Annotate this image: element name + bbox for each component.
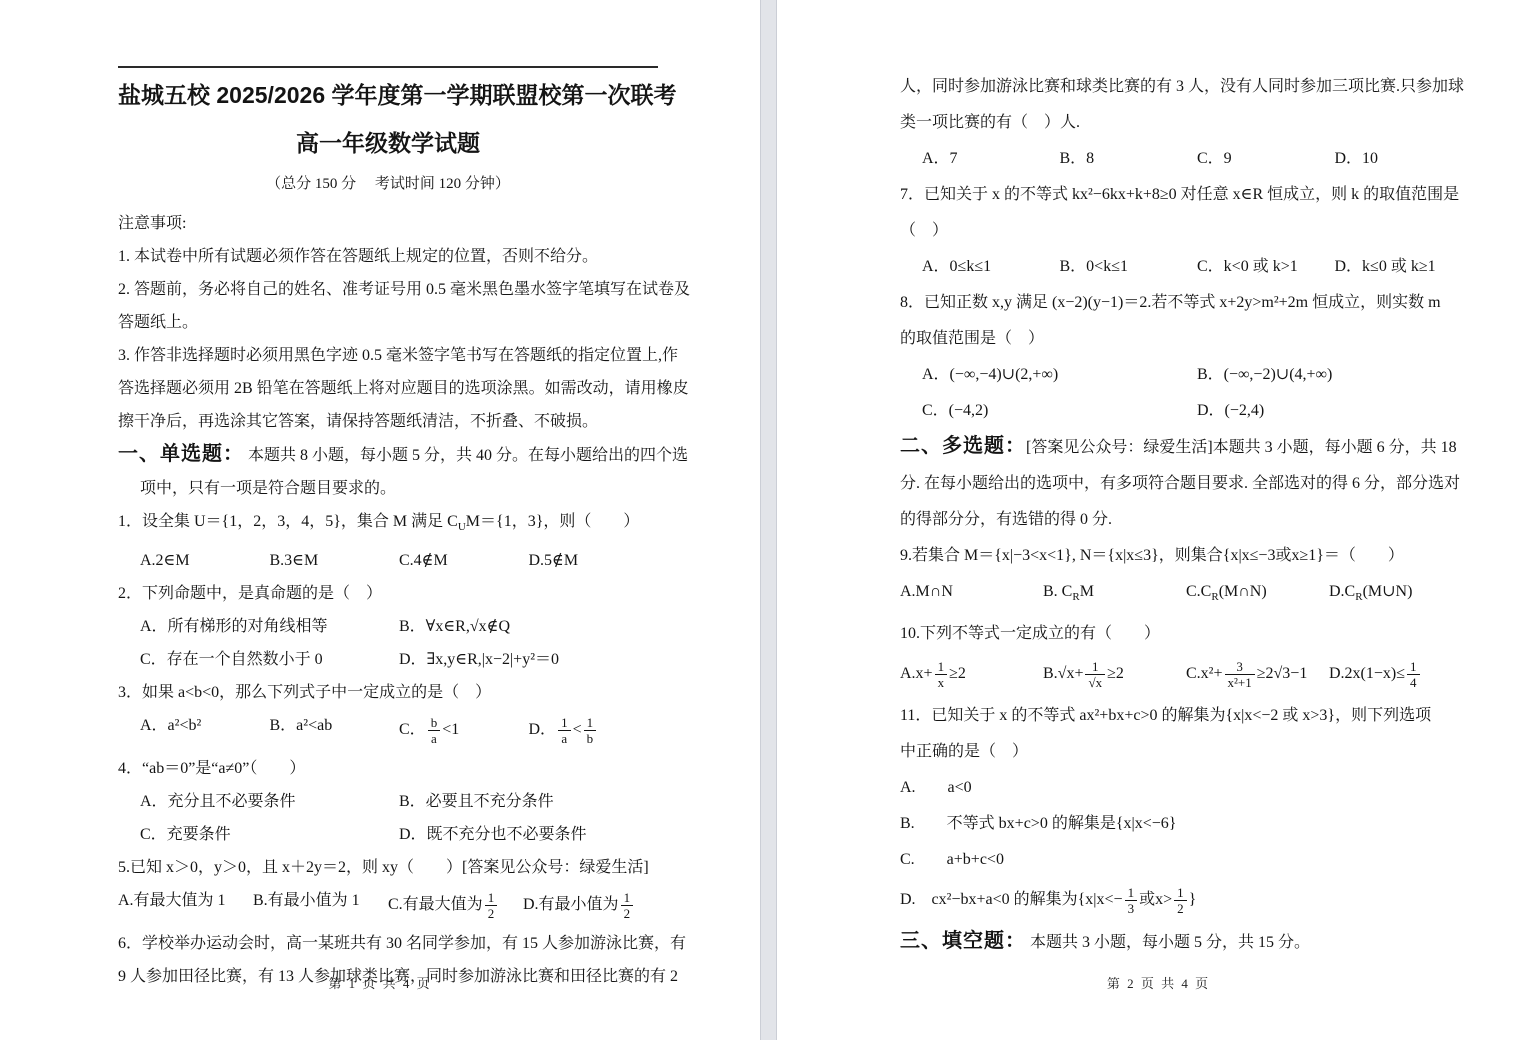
option: C.CR(M∩N) (1186, 581, 1329, 608)
option: B．(−∞,−2)∪(4,+∞) (1197, 364, 1472, 385)
text-line: 4．“ab＝0”是“a≠0”（ ） (118, 758, 658, 779)
text-line: 6．学校举办运动会时，高一某班共有 30 名同学参加，有 15 人参加游泳比赛，… (118, 933, 658, 954)
page2-body: 人，同时参加游泳比赛和球类比赛的有 3 人，没有人同时参加三项比赛.只参加球类一… (900, 76, 1472, 953)
option: D．∃x,y∈R,|x−2|+y²＝0 (399, 649, 658, 670)
fraction: 1x (935, 659, 948, 690)
text-line: 类一项比赛的有（ ）人. (900, 112, 1472, 133)
option: B. CRM (1043, 581, 1186, 608)
fraction: 12 (1174, 885, 1187, 916)
text-line: 3. 作答非选择题时必须用黑色字迹 0.5 毫米签字笔书写在答题纸的指定位置上,… (118, 345, 658, 366)
option-row: A.2∈MB.3∈MC.4∉MD.5∉M (118, 550, 658, 571)
option: C.4∉M (399, 550, 529, 571)
option-row: C．存在一个自然数小于 0D．∃x,y∈R,|x−2|+y²＝0 (118, 649, 658, 670)
text-line: 11．已知关于 x 的不等式 ax²+bx+c>0 的解集为{x|x<−2 或 … (900, 705, 1472, 726)
option-row: A．(−∞,−4)∪(2,+∞)B．(−∞,−2)∪(4,+∞) (900, 364, 1472, 385)
fraction: 12 (621, 890, 634, 921)
option: D.CR(M∪N) (1329, 581, 1472, 608)
option-row: A．充分且不必要条件B．必要且不充分条件 (118, 791, 658, 812)
option: B.√x+1√x≥2 (1043, 659, 1186, 690)
option-row: A．7B．8C．9D．10 (900, 148, 1472, 169)
text-line: 7．已知关于 x 的不等式 kx²−6kx+k+8≥0 对任意 x∈R 恒成立，… (900, 184, 1472, 205)
text-line: 分. 在每小题给出的选项中，有多项符合题目要求. 全部选对的得 6 分，部分选对 (900, 473, 1472, 494)
option: B.有最小值为 1 (253, 890, 388, 921)
option-row: A.x+1x≥2B.√x+1√x≥2C.x²+3x²+1≥2√3−1D.2x(1… (900, 659, 1472, 690)
option: D．10 (1335, 148, 1473, 169)
option: D.有最小值为12 (523, 890, 658, 921)
page-1: 盐城五校 2025/2026 学年度第一学期联盟校第一次联考 高一年级数学试题 … (0, 0, 760, 1040)
fraction: 13 (1125, 885, 1138, 916)
text-line: 三、填空题： 本题共 3 小题，每小题 5 分，共 15 分。 (900, 931, 1472, 953)
option-row: A.M∩NB. CRMC.CR(M∩N)D.CR(M∪N) (900, 581, 1472, 608)
option: C.x²+3x²+1≥2√3−1 (1186, 659, 1329, 690)
text-line: 答选择题必须用 2B 铅笔在答题纸上将对应题目的选项涂黑。如需改动，请用橡皮 (118, 378, 658, 399)
option-row: A．所有梯形的对角线相等B．∀x∈R,√x∉Q (118, 616, 658, 637)
option: C．充要条件 (140, 824, 399, 845)
text-line: B. 不等式 bx+c>0 的解集是{x|x<−6} (900, 813, 1472, 834)
option: D.5∉M (529, 550, 659, 571)
option: C．9 (1197, 148, 1335, 169)
section-heading: 一、单选题： (118, 443, 244, 465)
text-line: 10.下列不等式一定成立的有（ ） (900, 623, 1472, 644)
text-line: 中正确的是（ ） (900, 741, 1472, 762)
page1-content: 盐城五校 2025/2026 学年度第一学期联盟校第一次联考 高一年级数学试题 … (118, 0, 658, 999)
page-2: 人，同时参加游泳比赛和球类比赛的有 3 人，没有人同时参加三项比赛.只参加球类一… (777, 0, 1540, 1040)
option: C.有最大值为12 (388, 890, 523, 921)
text-line: 5.已知 x＞0，y＞0，且 x＋2y＝2，则 xy（ ）[答案见公众号：绿爱生… (118, 857, 658, 878)
exam-title: 盐城五校 2025/2026 学年度第一学期联盟校第一次联考 (118, 80, 658, 110)
option: D．既不充分也不必要条件 (399, 824, 658, 845)
option: B．a²<ab (270, 715, 400, 746)
option: B.3∈M (270, 550, 400, 571)
section-heading: 三、填空题： (900, 930, 1026, 952)
fraction: 12 (485, 890, 498, 921)
option: C．ba<1 (399, 715, 529, 746)
option: A．0≤k≤1 (922, 256, 1060, 277)
fraction: 1b (584, 715, 597, 746)
exam-info: （总分 150 分 考试时间 120 分钟） (118, 172, 658, 193)
option-row: A.有最大值为 1B.有最小值为 1C.有最大值为12D.有最小值为12 (118, 890, 658, 921)
text-line: A. a<0 (900, 777, 1472, 798)
text-line: 2．下列命题中，是真命题的是（ ） (118, 583, 658, 604)
fraction: 1a (558, 715, 571, 746)
text-line: C. a+b+c<0 (900, 849, 1472, 870)
option: D．k≤0 或 k≥1 (1335, 256, 1473, 277)
option: A．充分且不必要条件 (140, 791, 399, 812)
page2-footer: 第 2 页 共 4 页 (777, 973, 1540, 992)
option: A.M∩N (900, 581, 1043, 608)
text-line: 3．如果 a<b<0，那么下列式子中一定成立的是（ ） (118, 682, 658, 703)
page1-footer: 第 1 页 共 4 页 (0, 973, 760, 992)
text-line: 的取值范围是（ ） (900, 328, 1472, 349)
option: A.有最大值为 1 (118, 890, 253, 921)
text-line: D. cx²−bx+a<0 的解集为{x|x<−13或x>12} (900, 885, 1472, 916)
text-line: 擦干净后，再选涂其它答案，请保持答题纸清洁，不折叠、不破损。 (118, 411, 658, 432)
text-line: 二、多选题：[答案见公众号：绿爱生活]本题共 3 小题，每小题 6 分，共 18 (900, 436, 1472, 458)
text-line: 答题纸上。 (118, 312, 658, 333)
text-line: 的得部分分，有选错的得 0 分. (900, 509, 1472, 530)
section-heading: 二、多选题： (900, 435, 1026, 457)
fraction: 3x²+1 (1225, 659, 1255, 690)
option: D．1a<1b (529, 715, 659, 746)
option: A.x+1x≥2 (900, 659, 1043, 690)
option: D．(−2,4) (1197, 400, 1472, 421)
option: A．(−∞,−4)∪(2,+∞) (922, 364, 1197, 385)
option: A．a²<b² (140, 715, 270, 746)
text-line: 人，同时参加游泳比赛和球类比赛的有 3 人，没有人同时参加三项比赛.只参加球 (900, 76, 1472, 97)
exam-subtitle: 高一年级数学试题 (118, 128, 658, 158)
text-line: 一、单选题： 本题共 8 小题，每小题 5 分，共 40 分。在每小题给出的四个… (118, 444, 658, 466)
text-line: 1．设全集 U＝{1，2，3，4，5}，集合 M 满足 CUM＝{1，3}，则（… (118, 511, 658, 538)
fraction: 1√x (1085, 659, 1105, 690)
text-line: 项中，只有一项是符合题目要求的。 (118, 478, 658, 499)
text-line: 1. 本试卷中所有试题必须作答在答题纸上规定的位置，否则不给分。 (118, 246, 658, 267)
text-line: （ ） (900, 220, 1472, 241)
option: B．8 (1060, 148, 1198, 169)
option-row: C．(−4,2)D．(−2,4) (900, 400, 1472, 421)
page-divider (760, 0, 777, 1040)
option: D.2x(1−x)≤14 (1329, 659, 1472, 690)
text-line: 9.若集合 M＝{x|−3<x<1}, N＝{x|x≤3}，则集合{x|x≤−3… (900, 545, 1472, 566)
text-line: 8．已知正数 x,y 满足 (x−2)(y−1)＝2.若不等式 x+2y>m²+… (900, 292, 1472, 313)
option: C．存在一个自然数小于 0 (140, 649, 399, 670)
option: A．所有梯形的对角线相等 (140, 616, 399, 637)
page1-body: 注意事项:1. 本试卷中所有试题必须作答在答题纸上规定的位置，否则不给分。2. … (118, 213, 658, 987)
option-row: C．充要条件D．既不充分也不必要条件 (118, 824, 658, 845)
title-top-rule (118, 66, 658, 68)
fraction: ba (428, 715, 441, 746)
document-canvas: { "page1": { "title": "盐城五校 2025/2026 学年… (0, 0, 1540, 1040)
option: C．k<0 或 k>1 (1197, 256, 1335, 277)
fraction: 14 (1407, 659, 1420, 690)
option: C．(−4,2) (922, 400, 1197, 421)
text-line: 2. 答题前，务必将自己的姓名、准考证号用 0.5 毫米黑色墨水签字笔填写在试卷… (118, 279, 658, 300)
option: A．7 (922, 148, 1060, 169)
option-row: A．0≤k≤1B．0<k≤1C．k<0 或 k>1D．k≤0 或 k≥1 (900, 256, 1472, 277)
option: B．0<k≤1 (1060, 256, 1198, 277)
option: A.2∈M (140, 550, 270, 571)
text-line: 注意事项: (118, 213, 658, 234)
page2-content: 人，同时参加游泳比赛和球类比赛的有 3 人，没有人同时参加三项比赛.只参加球类一… (900, 76, 1472, 968)
option: B．∀x∈R,√x∉Q (399, 616, 658, 637)
option: B．必要且不充分条件 (399, 791, 658, 812)
option-row: A．a²<b²B．a²<abC．ba<1D．1a<1b (118, 715, 658, 746)
